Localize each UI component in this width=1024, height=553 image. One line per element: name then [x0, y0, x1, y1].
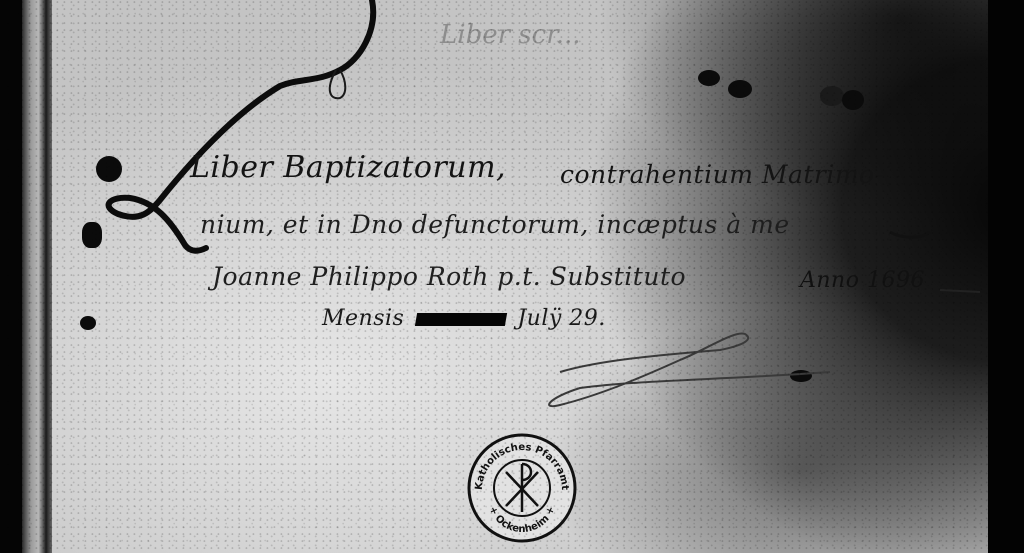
year-text: Anno 1696: [800, 268, 925, 293]
faint-top-text: Liber scr...: [440, 20, 581, 50]
month-label: Mensis: [322, 306, 404, 331]
text-line-1: Liber Baptizatorum,: [190, 150, 506, 185]
binding-edge: [22, 0, 52, 553]
text-line-1-continued: contrahentium Matrimo-: [560, 160, 884, 189]
struck-out-text: [415, 313, 507, 326]
ink-blot: [96, 156, 122, 182]
date-text: Julÿ 29.: [517, 306, 605, 331]
ink-blot: [820, 86, 844, 106]
book-spine: [0, 0, 22, 553]
ink-blot: [80, 316, 96, 330]
ink-blot: [728, 80, 752, 98]
ink-blot: [842, 90, 864, 110]
text-line-4: Mensis Julÿ 29.: [322, 306, 606, 331]
parish-stamp: Katholisches Pfarramt + Ockenheim +: [466, 432, 578, 544]
ink-blot: [790, 370, 812, 382]
ink-blot: [698, 70, 720, 86]
text-line-2: nium, et in Dno defunctorum, incæptus à …: [200, 210, 790, 239]
manuscript-page: Liber scr... Liber Baptizatorum, contrah…: [0, 0, 1024, 553]
page-right-edge: [988, 0, 1024, 553]
chi-rho-stamp-icon: Katholisches Pfarramt + Ockenheim +: [466, 432, 578, 544]
text-line-3: Joanne Philippo Roth p.t. Substituto: [212, 262, 686, 291]
ink-blot: [82, 222, 102, 248]
